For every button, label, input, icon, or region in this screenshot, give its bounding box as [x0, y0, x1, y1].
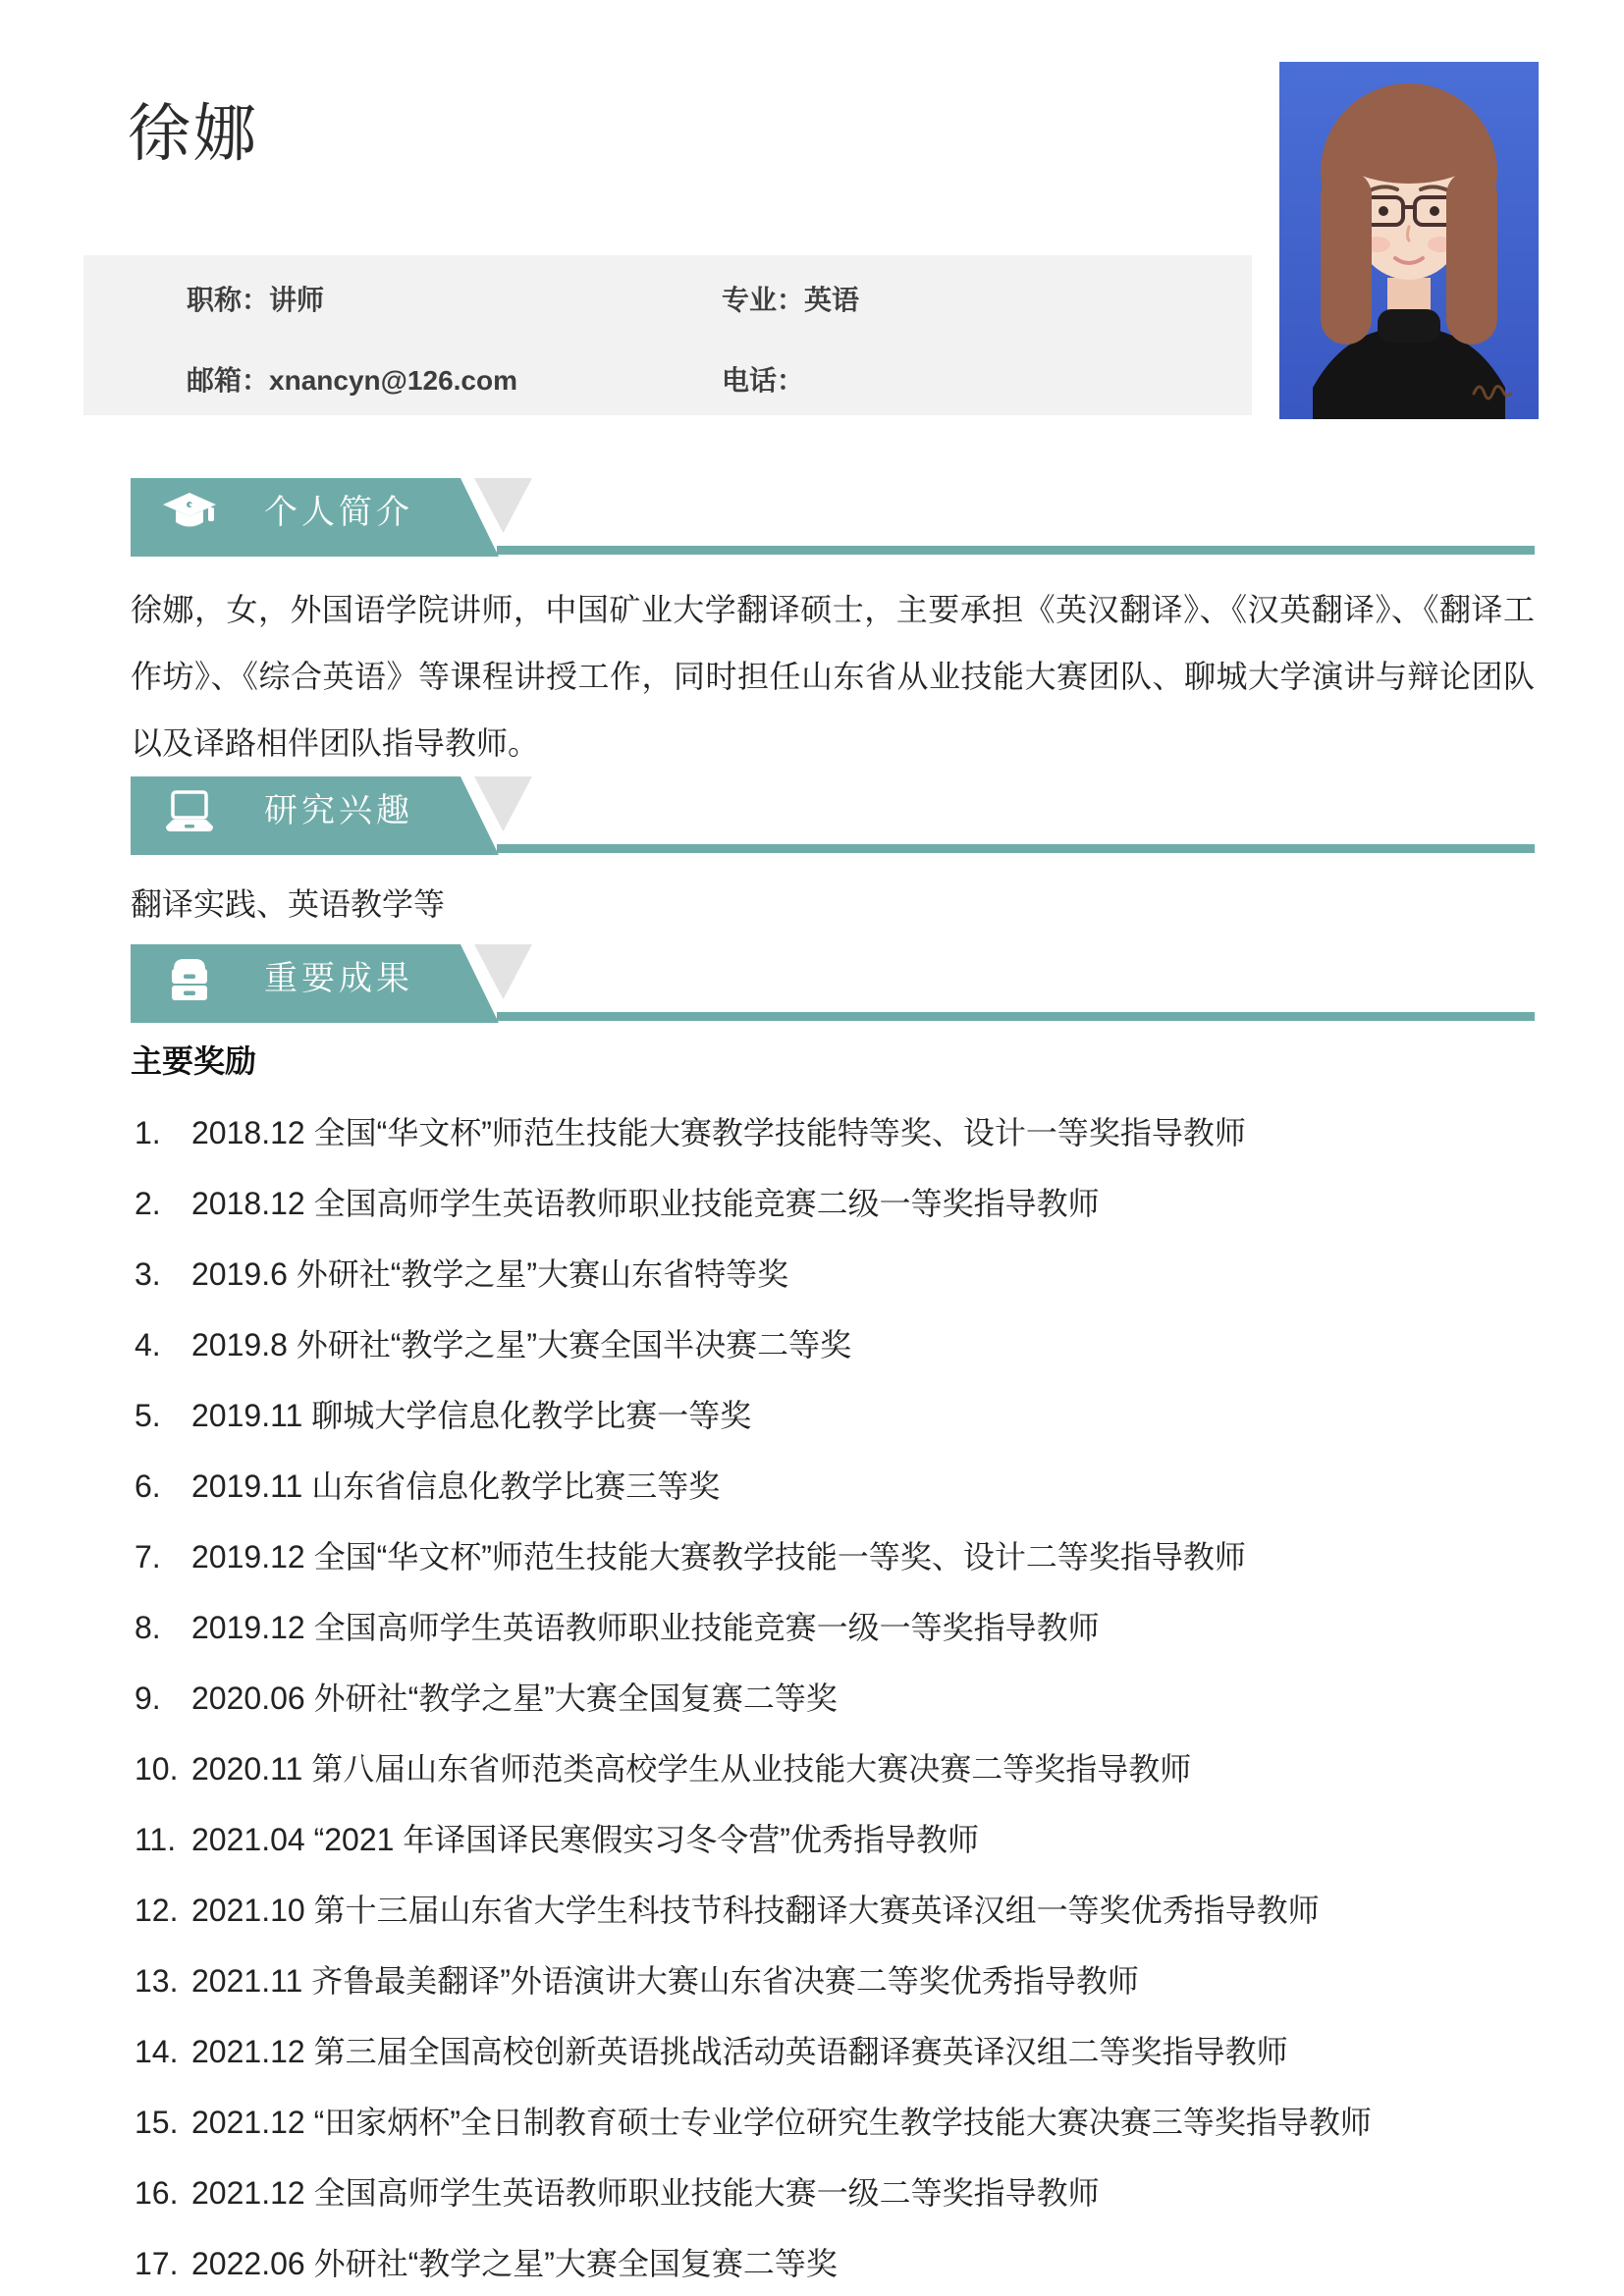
section-title-profile: 个人简介 [264, 478, 413, 548]
info-phone: 电话： [722, 365, 1252, 397]
award-number: 10. [135, 1747, 191, 1790]
award-text: 2019.6 外研社“教学之星”大赛山东省特等奖 [191, 1253, 1555, 1296]
section-title-research: 研究兴趣 [264, 776, 413, 846]
award-item: 13.2021.11 齐鲁最美翻译”外语演讲大赛山东省决赛二等奖优秀指导教师 [131, 1959, 1555, 2002]
info-email-value: xnancyn@126.com [269, 365, 517, 396]
award-item: 6.2019.11 山东省信息化教学比赛三等奖 [131, 1465, 1555, 1508]
section-banner-research: 研究兴趣 [131, 776, 1535, 855]
award-text: 2021.11 齐鲁最美翻译”外语演讲大赛山东省决赛二等奖优秀指导教师 [191, 1959, 1555, 2002]
info-major-label: 专业： [722, 285, 804, 315]
award-text: 2021.12 “田家炳杯”全日制教育硕士专业学位研究生教学技能大赛决赛三等奖指… [191, 2101, 1555, 2144]
info-major-value: 英语 [804, 285, 859, 315]
awards-subtitle: 主要奖励 [131, 1040, 1624, 1083]
award-item: 17.2022.06 外研社“教学之星”大赛全国复赛二等奖 [131, 2242, 1555, 2285]
award-text: 2021.12 全国高师学生英语教师职业技能大赛一级二等奖指导教师 [191, 2171, 1555, 2215]
award-text: 2019.11 山东省信息化教学比赛三等奖 [191, 1465, 1555, 1508]
award-number: 3. [135, 1253, 191, 1296]
section-banner-achievements: 重要成果 [131, 944, 1535, 1023]
award-number: 15. [135, 2101, 191, 2144]
award-item: 15.2021.12 “田家炳杯”全日制教育硕士专业学位研究生教学技能大赛决赛三… [131, 2101, 1555, 2144]
info-title: 职称：讲师 [187, 285, 722, 316]
award-item: 9.2020.06 外研社“教学之星”大赛全国复赛二等奖 [131, 1677, 1555, 1720]
award-text: 2019.8 外研社“教学之星”大赛全国半决赛二等奖 [191, 1323, 1555, 1366]
info-phone-label: 电话： [722, 365, 804, 396]
award-text: 2019.11 聊城大学信息化教学比赛一等奖 [191, 1394, 1555, 1437]
profile-text: 徐娜，女，外国语学院讲师，中国矿业大学翻译硕士，主要承担《英汉翻译》、《汉英翻译… [131, 576, 1535, 776]
info-major: 专业：英语 [722, 285, 1252, 316]
award-item: 16.2021.12 全国高师学生英语教师职业技能大赛一级二等奖指导教师 [131, 2171, 1555, 2215]
award-text: 2021.12 第三届全国高校创新英语挑战活动英语翻译赛英译汉组二等奖指导教师 [191, 2030, 1555, 2073]
award-number: 11. [135, 1818, 191, 1861]
award-text: 2018.12 全国高师学生英语教师职业技能竞赛二级一等奖指导教师 [191, 1182, 1555, 1225]
award-item: 5.2019.11 聊城大学信息化教学比赛一等奖 [131, 1394, 1555, 1437]
award-number: 7. [135, 1535, 191, 1578]
award-item: 11.2021.04 “2021 年译国译民寒假实习冬令营”优秀指导教师 [131, 1818, 1555, 1861]
award-number: 13. [135, 1959, 191, 2002]
award-number: 12. [135, 1889, 191, 1932]
award-item: 3.2019.6 外研社“教学之星”大赛山东省特等奖 [131, 1253, 1555, 1296]
award-number: 14. [135, 2030, 191, 2073]
award-text: 2019.12 全国“华文杯”师范生技能大赛教学技能一等奖、设计二等奖指导教师 [191, 1535, 1555, 1578]
award-number: 16. [135, 2171, 191, 2215]
award-number: 8. [135, 1606, 191, 1649]
section-title-achievements: 重要成果 [264, 944, 413, 1014]
award-item: 2.2018.12 全国高师学生英语教师职业技能竞赛二级一等奖指导教师 [131, 1182, 1555, 1225]
banner-rule [497, 546, 1535, 555]
award-text: 2020.06 外研社“教学之星”大赛全国复赛二等奖 [191, 1677, 1555, 1720]
research-text: 翻译实践、英语教学等 [131, 871, 1535, 937]
award-text: 2019.12 全国高师学生英语教师职业技能竞赛一级一等奖指导教师 [191, 1606, 1555, 1649]
laptop-icon [162, 776, 217, 846]
award-item: 4.2019.8 外研社“教学之星”大赛全国半决赛二等奖 [131, 1323, 1555, 1366]
archive-drawers-icon [162, 944, 217, 1014]
banner-rule [497, 1012, 1535, 1021]
section-banner-profile: 个人简介 [131, 478, 1535, 557]
portrait-photo [1279, 62, 1539, 419]
info-email: 邮箱：xnancyn@126.com [187, 365, 722, 397]
award-item: 12.2021.10 第十三届山东省大学生科技节科技翻译大赛英译汉组一等奖优秀指… [131, 1889, 1555, 1932]
award-number: 9. [135, 1677, 191, 1720]
award-item: 1.2018.12 全国“华文杯”师范生技能大赛教学技能特等奖、设计一等奖指导教… [131, 1111, 1555, 1154]
info-title-label: 职称： [187, 285, 269, 315]
award-number: 6. [135, 1465, 191, 1508]
award-number: 1. [135, 1111, 191, 1154]
award-number: 17. [135, 2242, 191, 2285]
award-number: 4. [135, 1323, 191, 1366]
graduation-cap-icon [162, 478, 217, 548]
award-number: 2. [135, 1182, 191, 1225]
info-bar: 职称：讲师 专业：英语 邮箱：xnancyn@126.com 电话： [83, 255, 1252, 415]
award-text: 2018.12 全国“华文杯”师范生技能大赛教学技能特等奖、设计一等奖指导教师 [191, 1111, 1555, 1154]
award-item: 7.2019.12 全国“华文杯”师范生技能大赛教学技能一等奖、设计二等奖指导教… [131, 1535, 1555, 1578]
info-title-value: 讲师 [269, 285, 324, 315]
award-number: 5. [135, 1394, 191, 1437]
resume-page: 徐娜 [0, 0, 1624, 2296]
info-email-label: 邮箱： [187, 365, 269, 396]
award-text: 2020.11 第八届山东省师范类高校学生从业技能大赛决赛二等奖指导教师 [191, 1747, 1555, 1790]
award-item: 14.2021.12 第三届全国高校创新英语挑战活动英语翻译赛英译汉组二等奖指导… [131, 2030, 1555, 2073]
awards-list: 1.2018.12 全国“华文杯”师范生技能大赛教学技能特等奖、设计一等奖指导教… [131, 1111, 1555, 2285]
award-text: 2021.10 第十三届山东省大学生科技节科技翻译大赛英译汉组一等奖优秀指导教师 [191, 1889, 1555, 1932]
award-text: 2022.06 外研社“教学之星”大赛全国复赛二等奖 [191, 2242, 1555, 2285]
award-item: 8.2019.12 全国高师学生英语教师职业技能竞赛一级一等奖指导教师 [131, 1606, 1555, 1649]
banner-rule [497, 844, 1535, 853]
award-item: 10.2020.11 第八届山东省师范类高校学生从业技能大赛决赛二等奖指导教师 [131, 1747, 1555, 1790]
award-text: 2021.04 “2021 年译国译民寒假实习冬令营”优秀指导教师 [191, 1818, 1555, 1861]
